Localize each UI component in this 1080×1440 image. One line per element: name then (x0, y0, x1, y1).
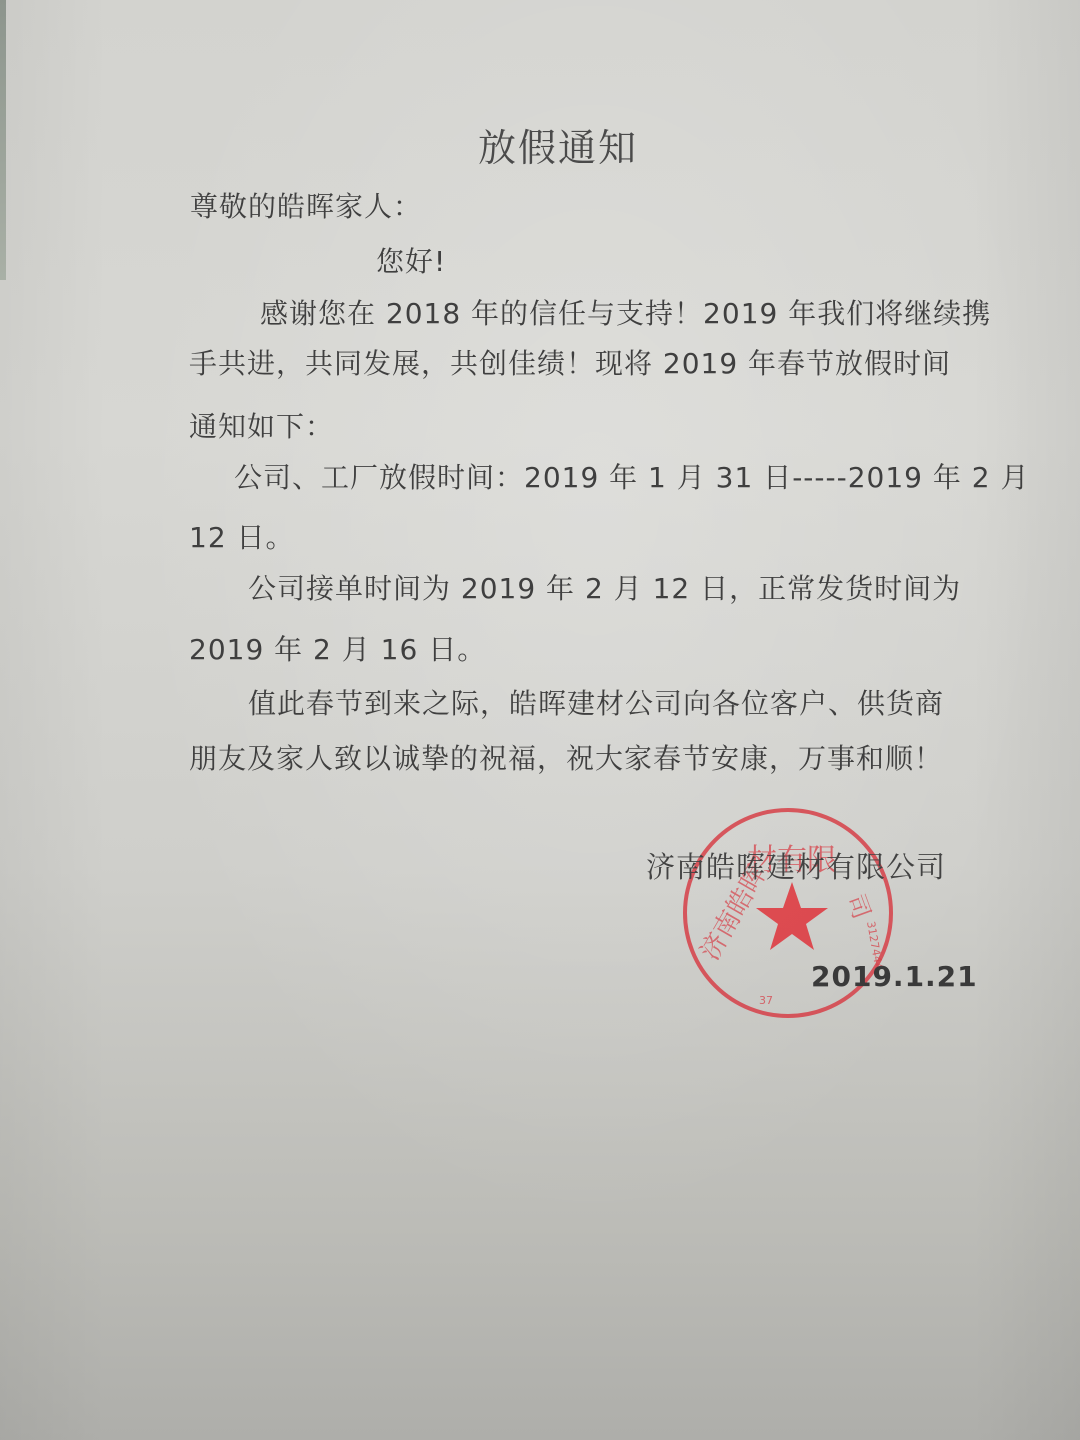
paragraph-1-line-1: 感谢您在 2018 年的信任与支持！2019 年我们将继续携 (260, 292, 991, 332)
signature-company: 济南皓晖建材有限公司 (646, 845, 946, 886)
paragraph-2-line-1: 公司、工厂放假时间：2019 年 1 月 31 日-----2019 年 2 月 (234, 456, 1030, 496)
paragraph-2-line-2: 12 日。 (189, 516, 295, 556)
salutation: 尊敬的皓晖家人： (190, 185, 422, 225)
svg-text:37: 37 (759, 994, 773, 1007)
paragraph-3-line-2: 2019 年 2 月 16 日。 (189, 628, 486, 668)
paragraph-1-line-3: 通知如下： (189, 405, 334, 445)
signature-date: 2019.1.21 (811, 960, 978, 993)
paragraph-1-line-2: 手共进，共同发展，共创佳绩！现将 2019 年春节放假时间 (189, 342, 951, 382)
svg-text:司: 司 (841, 890, 876, 922)
paragraph-3-line-1: 公司接单时间为 2019 年 2 月 12 日，正常发货时间为 (248, 567, 961, 607)
notice-title: 放假通知 (478, 117, 638, 172)
paragraph-4-line-1: 值此春节到来之际，皓晖建材公司向各位客户、供货商 (248, 682, 944, 722)
background-edge (0, 0, 6, 280)
paragraph-4-line-2: 朋友及家人致以诚挚的祝福，祝大家春节安康，万事和顺！ (189, 737, 943, 777)
greeting: 您好! (376, 240, 446, 280)
